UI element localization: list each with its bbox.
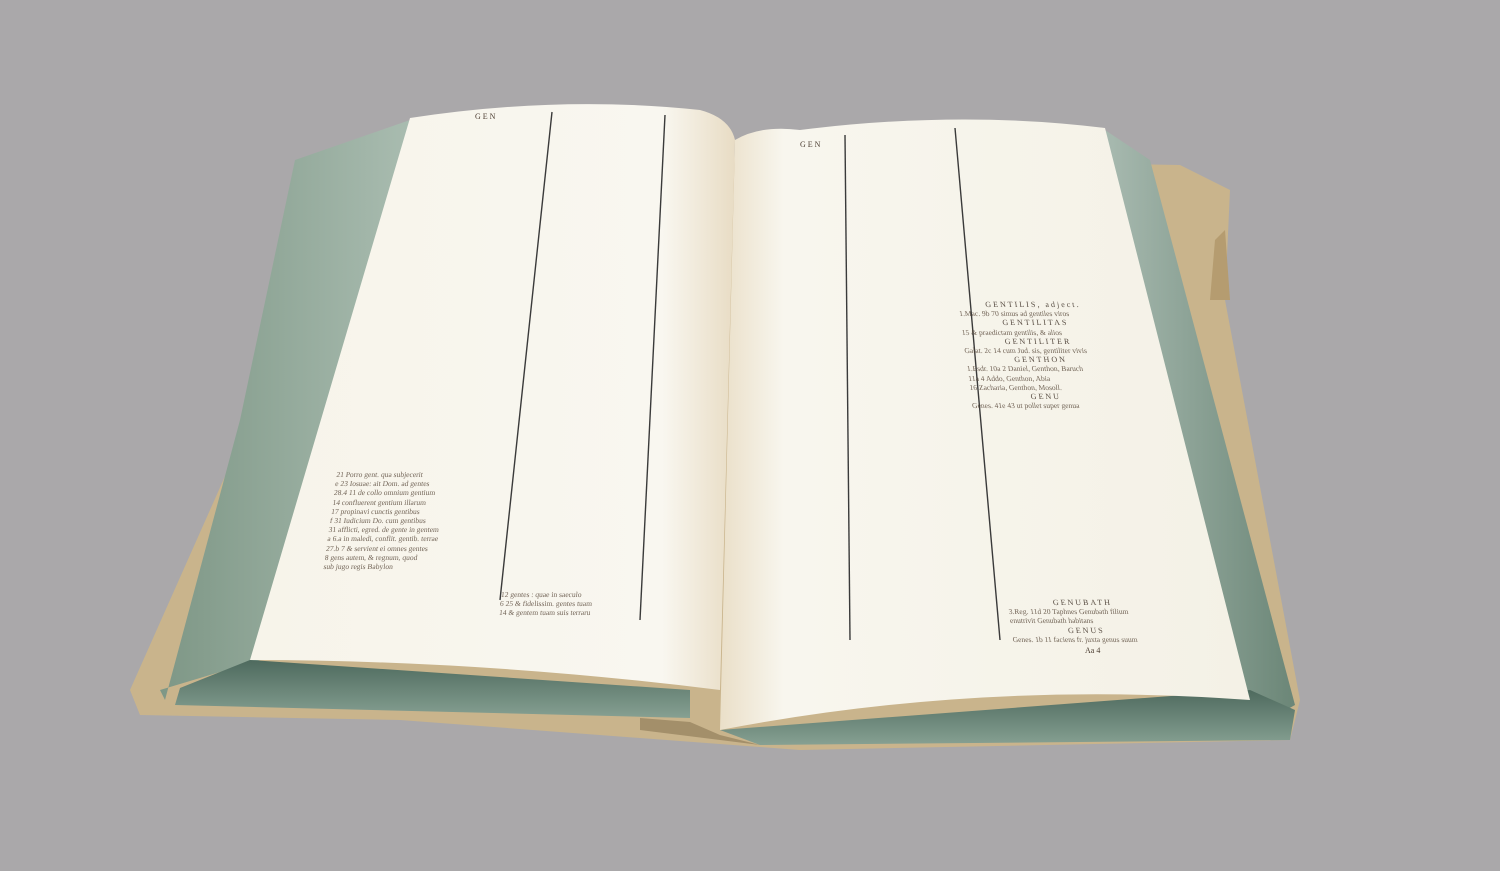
catchword: Aa 4 [1085,646,1100,655]
text-line: 16 Zacharia, Genthon, Mosoll. [969,383,1120,392]
book-photo-scene [0,0,1500,871]
left-page-text-col2: 12 gentes : quae in saeculo 6 25 & fidel… [499,590,642,618]
entry-heading: GENUS [1011,626,1162,635]
text-line: 1.Esdr. 10a 2 Daniel, Genthon, Baruch [966,364,1117,373]
left-page-text: 21 Porro gent. qua subjecerit e 23 Iosua… [323,470,517,571]
text-line: 14 confluerent gentium illarum [332,498,513,507]
text-line: 8 gens autem, & regnum, quod [324,553,505,562]
text-line: Genes. 1b 11 faciens fr. juxta genus suu… [1012,635,1163,644]
text-line: 1.Mac. 9b 70 simus ad gentiles viros [959,309,1110,318]
text-line: 27.b 7 & servient ei omnes gentes [325,544,506,553]
text-line: f 31 Iudicium Do. cum gentibus [329,516,510,525]
text-line: 31 afflicti, egred. de gente in gentem [328,525,509,534]
text-line: e 23 Iosuae: ait Dom. ad gentes [335,479,516,488]
entry-heading: GENTILITER [962,337,1113,346]
entry-heading: GENTHON [965,355,1116,364]
right-page-entries: GENTILIS, adject. 1.Mac. 9b 70 simus ad … [957,300,1123,410]
text-line: 28.4 11 de collo omnium gentium [333,488,514,497]
right-running-head-1: GEN [800,140,822,149]
text-line: enutrivit Genubath habitans [1009,616,1160,625]
entry-heading: GENTILITAS [960,318,1111,327]
text-line: Genes. 41e 43 ut pollet super genua [971,401,1122,410]
text-line: 3.Reg. 11d 20 Taphnes Genubath filium [1008,607,1159,616]
entry-heading: GENUBATH [1007,598,1158,607]
text-line: 14 & gentem tuam suis terraru [499,608,640,617]
text-line: 17 propinavi cunctis gentibus [331,507,512,516]
text-line: 6 25 & fidelissim. gentes tuam [500,599,641,608]
text-line: 15 & praedictam gentilis, & alios [961,328,1112,337]
entry-heading: GENTILIS, adject. [957,300,1108,309]
left-running-head: GEN [475,112,497,121]
text-line: 21 Porro gent. qua subjecerit [336,470,517,479]
text-line: 12 gentes : quae in saeculo [500,590,641,599]
text-line: 11a 4 Addo, Genthon, Abia [968,374,1119,383]
right-page-entries-bottom: GENUBATH 3.Reg. 11d 20 Taphnes Genubath … [1007,598,1163,644]
text-line: a 6.a in maledi, conflit. gentib. terrae [327,534,508,543]
text-line: sub jugo regis Babylon [323,562,504,571]
text-line: Galat. 2c 14 cum Jud. sis, gentiliter vi… [964,346,1115,355]
entry-heading: GENU [970,392,1121,401]
